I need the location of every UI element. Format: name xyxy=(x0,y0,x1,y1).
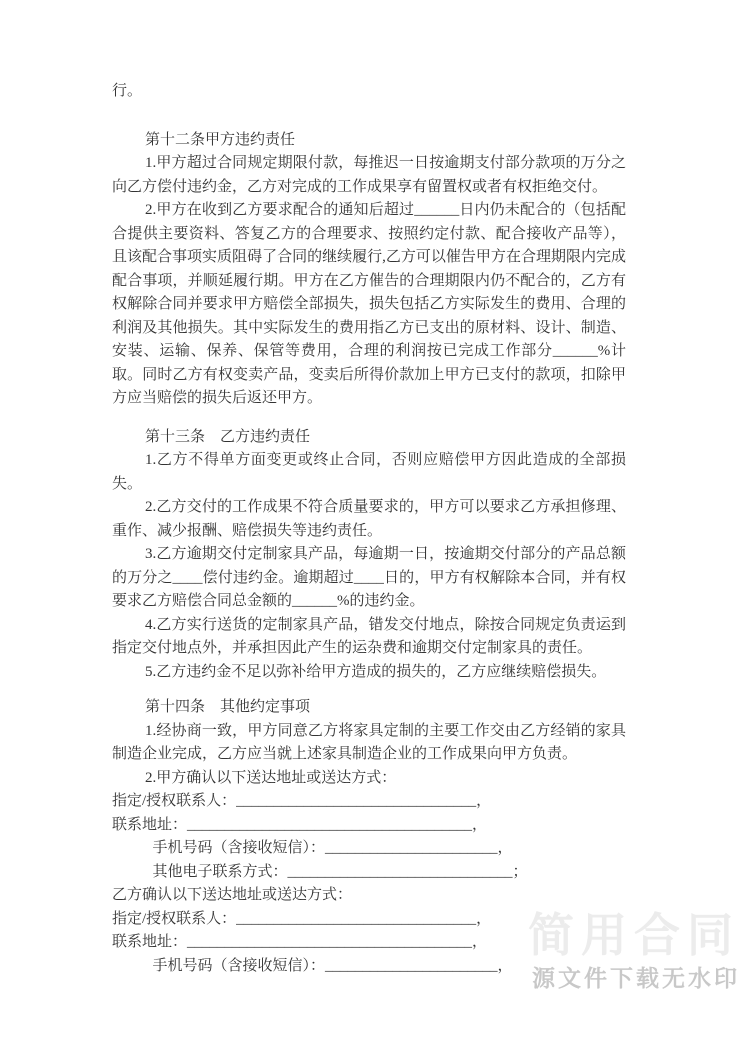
party-a-phone-line: 手机号码（含接收短信）：_______________________， xyxy=(153,837,627,861)
party-a-electronic-contact-line: 其他电子联系方式：______________________________； xyxy=(153,861,627,885)
party-b-address-line: 联系地址：___________________________________… xyxy=(112,931,626,955)
party-b-contact-header: 乙方确认以下送达地址或送达方式： xyxy=(112,884,626,908)
article-13-clause-5: 5.乙方违约金不足以弥补给甲方造成的损失的，乙方应继续赔偿损失。 xyxy=(112,661,626,685)
article-13-clause-2: 2.乙方交付的工作成果不符合质量要求的，甲方可以要求乙方承担修理、重作、减少报酬… xyxy=(112,496,626,543)
article-13-clause-3: 3.乙方逾期交付定制家具产品，每逾期一日，按逾期交付部分的产品总额的万分之___… xyxy=(112,543,626,614)
party-a-address-line: 联系地址：___________________________________… xyxy=(112,814,626,838)
article-13-heading: 第十三条 乙方违约责任 xyxy=(112,426,626,450)
section-article-12: 第十二条甲方违约责任 1.甲方超过合同规定期限付款，每推迟一日按逾期支付部分款项… xyxy=(112,129,626,411)
party-b-contact-person-line: 指定/授权联系人：_______________________________… xyxy=(112,908,626,932)
article-14-heading: 第十四条 其他约定事项 xyxy=(112,696,626,720)
party-b-phone-line: 手机号码（含接收短信）：_______________________， xyxy=(153,955,627,979)
article-14-clause-1: 1.经协商一致，甲方同意乙方将家具定制的主要工作交由乙方经销的家具制造企业完成，… xyxy=(112,720,626,767)
section-article-13: 第十三条 乙方违约责任 1.乙方不得单方面变更或终止合同，否则应赔偿甲方因此造成… xyxy=(112,426,626,685)
party-a-contact-person-line: 指定/授权联系人：_______________________________… xyxy=(112,790,626,814)
contract-page: 行。 第十二条甲方违约责任 1.甲方超过合同规定期限付款，每推迟一日按逾期支付部… xyxy=(0,0,742,1049)
carryover-line: 行。 xyxy=(112,80,626,104)
article-12-clause-2: 2.甲方在收到乙方要求配合的通知后超过______日内仍未配合的（包括配合提供主… xyxy=(112,199,626,411)
article-13-clause-4: 4.乙方实行送货的定制家具产品，错发交付地点，除按合同规定负责运到指定交付地点外… xyxy=(112,614,626,661)
article-14-clause-2: 2.甲方确认以下送达地址或送达方式： xyxy=(112,767,626,791)
section-article-14: 第十四条 其他约定事项 1.经协商一致，甲方同意乙方将家具定制的主要工作交由乙方… xyxy=(112,696,626,978)
article-13-clause-1: 1.乙方不得单方面变更或终止合同，否则应赔偿甲方因此造成的全部损失。 xyxy=(112,449,626,496)
article-12-heading: 第十二条甲方违约责任 xyxy=(112,129,626,153)
contract-body: 行。 第十二条甲方违约责任 1.甲方超过合同规定期限付款，每推迟一日按逾期支付部… xyxy=(112,0,626,978)
article-12-clause-1: 1.甲方超过合同规定期限付款，每推迟一日按逾期支付部分款项的万分之向乙方偿付违约… xyxy=(112,152,626,199)
